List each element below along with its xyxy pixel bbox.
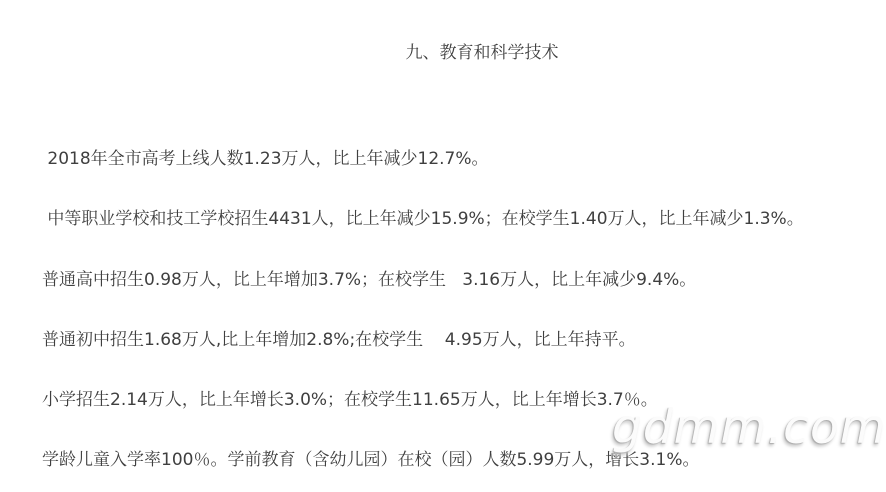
document-page: 九、教育和科学技术 2018年全市高考上线人数1.23万人，比上年减少12.7%… [0,0,886,492]
section-title: 九、教育和科学技术 [406,43,559,63]
paragraph-vocational-school-stats: 中等职业学校和技工学校招生4431人，比上年减少15.9%；在校学生1.40万人… [42,209,866,229]
paragraph-preschool-enrollment-stats: 学龄儿童入学率100％。学前教育（含幼儿园）在校（园）人数5.99万人，增长3.… [42,450,866,470]
paragraph-primary-school-stats: 小学招生2.14万人，比上年增长3.0%；在校学生11.65万人，比上年增长3.… [42,390,866,410]
paragraph-gaokao-stats: 2018年全市高考上线人数1.23万人，比上年减少12.7%。 [42,149,866,169]
paragraph-junior-high-stats: 普通初中招生1.68万人,比上年增加2.8%;在校学生 4.95万人，比上年持平… [42,330,866,350]
paragraph-senior-high-stats: 普通高中招生0.98万人，比上年增加3.7%；在校学生 3.16万人，比上年减少… [42,270,866,290]
